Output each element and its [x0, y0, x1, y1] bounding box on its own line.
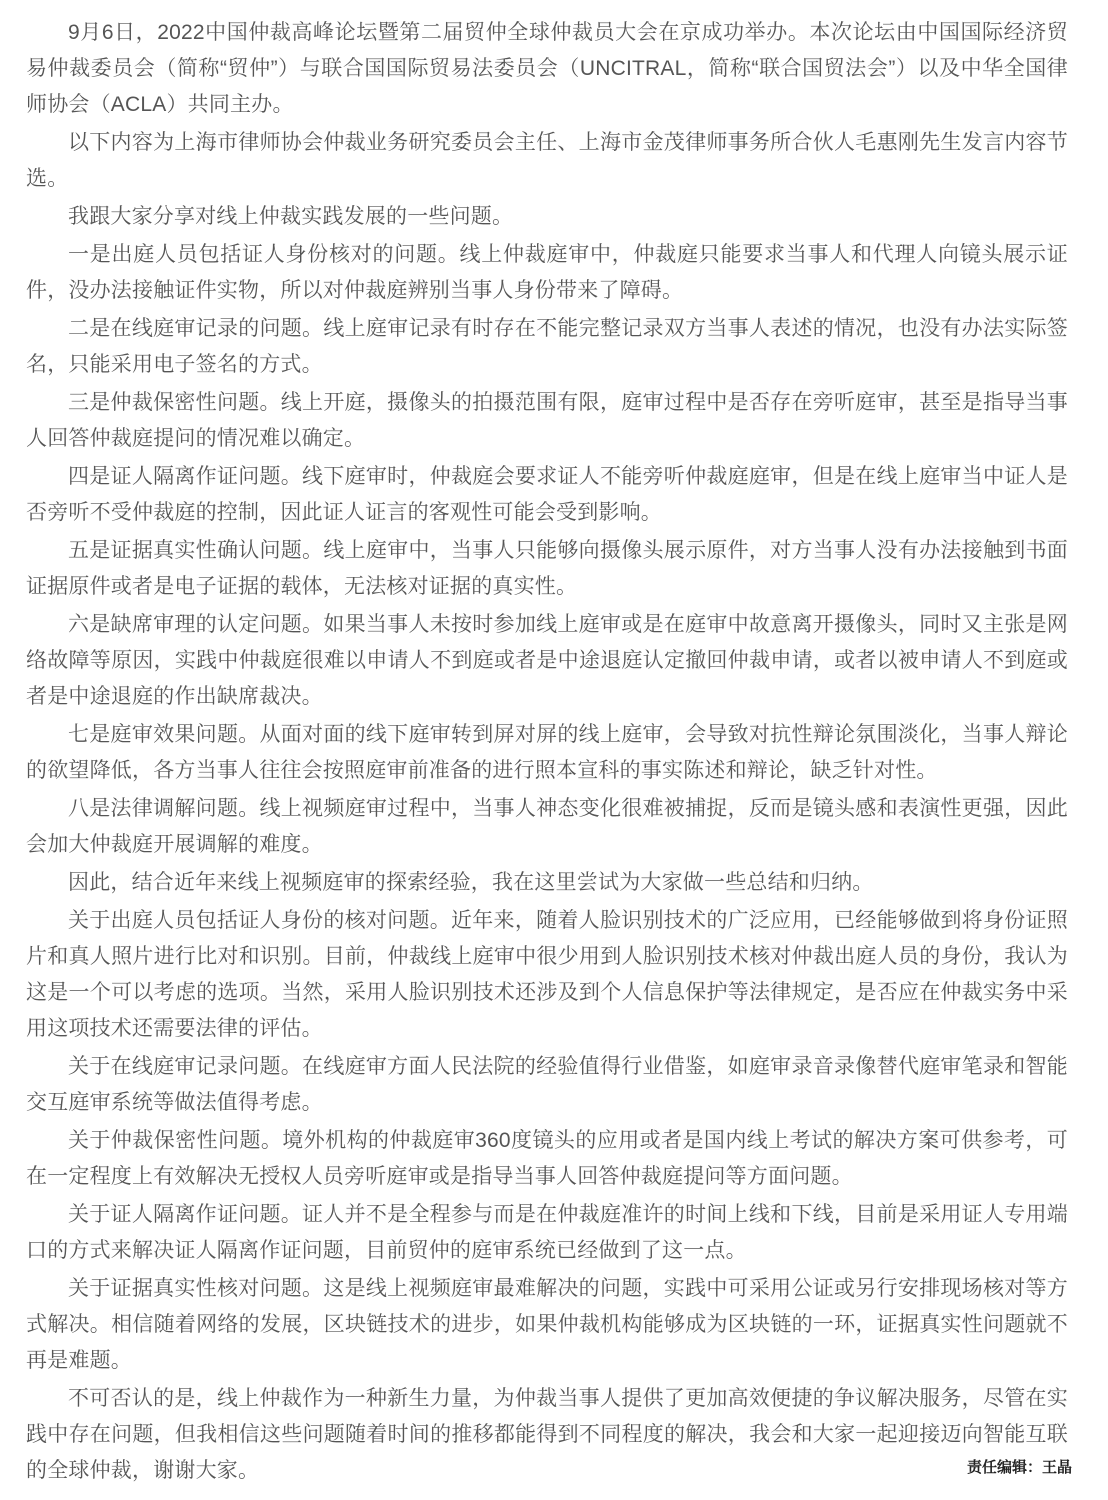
- article-body: 9月6日，2022中国仲裁高峰论坛暨第二届贸仲全球仲裁员大会在京成功举办。本次论…: [0, 0, 1108, 1489]
- article-paragraph: 关于证据真实性核对问题。这是线上视频庭审最难解决的问题，实践中可采用公证或另行安…: [26, 1271, 1068, 1379]
- article-paragraph: 9月6日，2022中国仲裁高峰论坛暨第二届贸仲全球仲裁员大会在京成功举办。本次论…: [26, 15, 1068, 123]
- article-paragraph: 五是证据真实性确认问题。线上庭审中，当事人只能够向摄像头展示原件，对方当事人没有…: [26, 533, 1068, 605]
- article-paragraph: 三是仲裁保密性问题。线上开庭，摄像头的拍摄范围有限，庭审过程中是否存在旁听庭审，…: [26, 385, 1068, 457]
- article-paragraph: 不可否认的是，线上仲裁作为一种新生力量，为仲裁当事人提供了更加高效便捷的争议解决…: [26, 1381, 1068, 1489]
- article-paragraph: 我跟大家分享对线上仲裁实践发展的一些问题。: [26, 199, 1068, 235]
- article-paragraph: 六是缺席审理的认定问题。如果当事人未按时参加线上庭审或是在庭审中故意离开摄像头，…: [26, 607, 1068, 715]
- article-paragraph: 关于证人隔离作证问题。证人并不是全程参与而是在仲裁庭准许的时间上线和下线，目前是…: [26, 1197, 1068, 1269]
- article-paragraph: 二是在线庭审记录的问题。线上庭审记录有时存在不能完整记录双方当事人表述的情况，也…: [26, 311, 1068, 383]
- article-paragraph: 七是庭审效果问题。从面对面的线下庭审转到屏对屏的线上庭审，会导致对抗性辩论氛围淡…: [26, 717, 1068, 789]
- article-page: 9月6日，2022中国仲裁高峰论坛暨第二届贸仲全球仲裁员大会在京成功举办。本次论…: [0, 0, 1108, 1500]
- article-paragraph: 一是出庭人员包括证人身份核对的问题。线上仲裁庭审中，仲裁庭只能要求当事人和代理人…: [26, 237, 1068, 309]
- article-paragraph: 关于在线庭审记录问题。在线庭审方面人民法院的经验值得行业借鉴，如庭审录音录像替代…: [26, 1049, 1068, 1121]
- editor-credit: 责任编辑：王晶: [967, 1458, 1072, 1478]
- article-paragraph: 关于仲裁保密性问题。境外机构的仲裁庭审360度镜头的应用或者是国内线上考试的解决…: [26, 1123, 1068, 1195]
- article-paragraph: 因此，结合近年来线上视频庭审的探索经验，我在这里尝试为大家做一些总结和归纳。: [26, 865, 1068, 901]
- editor-credit-label: 责任编辑：王晶: [967, 1459, 1072, 1476]
- article-paragraph: 关于出庭人员包括证人身份的核对问题。近年来，随着人脸识别技术的广泛应用，已经能够…: [26, 903, 1068, 1047]
- article-paragraph: 四是证人隔离作证问题。线下庭审时，仲裁庭会要求证人不能旁听仲裁庭庭审，但是在线上…: [26, 459, 1068, 531]
- article-paragraph: 以下内容为上海市律师协会仲裁业务研究委员会主任、上海市金茂律师事务所合伙人毛惠刚…: [26, 125, 1068, 197]
- article-paragraph: 八是法律调解问题。线上视频庭审过程中，当事人神态变化很难被捕捉，反而是镜头感和表…: [26, 791, 1068, 863]
